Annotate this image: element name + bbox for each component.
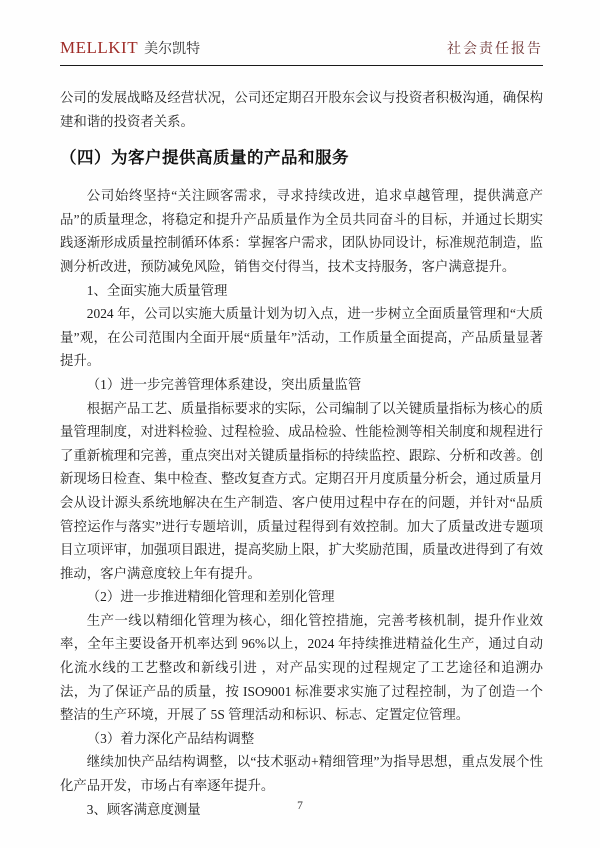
section-heading: （四）为客户提供高质量的产品和服务 (60, 146, 543, 170)
document-body: 公司的发展战略及经营状况，公司还定期召开股东会议与投资者积极沟通，确保构建和谐的… (60, 86, 543, 821)
paragraph-continuation: 公司的发展战略及经营状况，公司还定期召开股东会议与投资者积极沟通，确保构建和谐的… (60, 86, 543, 133)
brand-name-cn: 美尔凯特 (144, 42, 200, 57)
document-page: MELLKIT美尔凯特 社会责任报告 公司的发展战略及经营状况，公司还定期召开股… (0, 0, 600, 848)
subsection-heading-1-2: （2）进一步推进精细化管理和差别化管理 (60, 585, 543, 609)
subsection-heading-1-1: （1）进一步完善管理体系建设，突出质量监管 (60, 373, 543, 397)
paragraph-production: 生产一线以精细化管理为核心，细化管控措施，完善考核机制，提升作业效率，全年主要设… (60, 609, 543, 727)
paragraph-quality-philosophy: 公司始终坚持“关注顾客需求，寻求持续改进，追求卓越管理，提供满意产品”的质量理念… (60, 184, 543, 278)
brand: MELLKIT美尔凯特 (60, 38, 200, 58)
subsection-heading-1-3: （3）着力深化产品结构调整 (60, 727, 543, 751)
paragraph-structure: 继续加快产品结构调整，以“技术驱动+精细管理”为指导思想，重点发展个性化产品开发… (60, 750, 543, 797)
page-header: MELLKIT美尔凯特 社会责任报告 (60, 38, 543, 66)
report-title: 社会责任报告 (447, 38, 543, 58)
paragraph-quality-system: 根据产品工艺、质量指标要求的实际，公司编制了以关键质量指标为核心的质量管理制度，… (60, 397, 543, 586)
page-number: 7 (0, 800, 600, 812)
paragraph-2024-plan: 2024 年，公司以实施大质量计划为切入点，进一步树立全面质量管理和“大质量”观… (60, 302, 543, 373)
brand-logo-text: MELLKIT (60, 38, 138, 57)
subsection-heading-1: 1、全面实施大质量管理 (60, 279, 543, 303)
